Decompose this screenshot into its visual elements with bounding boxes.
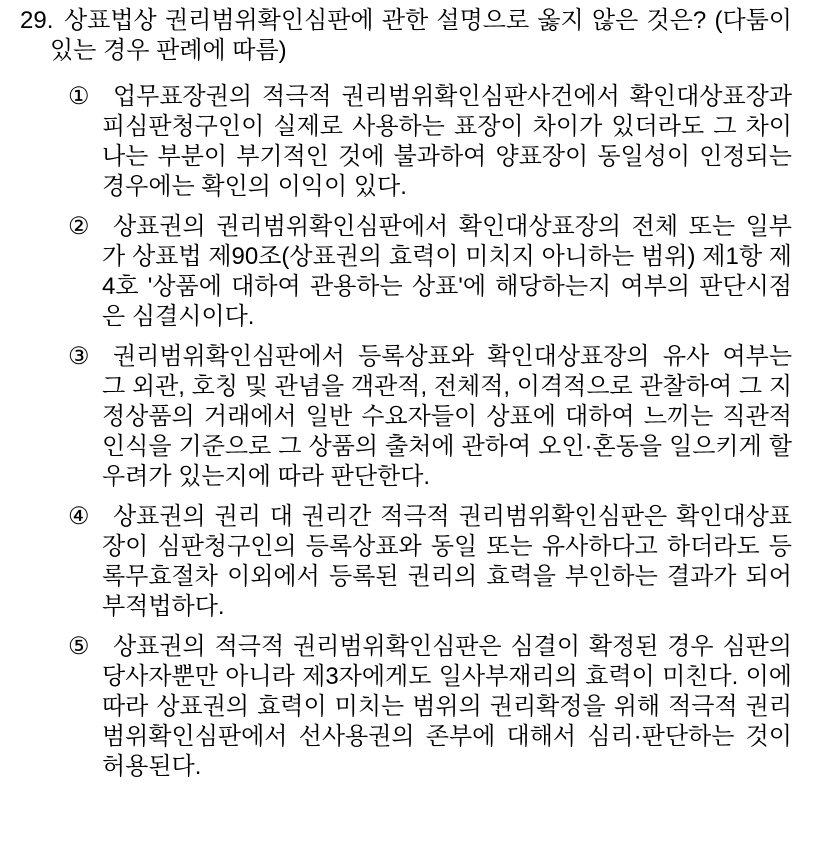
question-text: 상표법상 권리범위확인심판에 관한 설명으로 옳지 않은 것은? (다툼이 있는… bbox=[50, 6, 792, 66]
option-marker-1: ① bbox=[68, 82, 90, 112]
exam-page: 29. 상표법상 권리범위확인심판에 관한 설명으로 옳지 않은 것은? (다툼… bbox=[0, 0, 826, 842]
option-item-5: ⑤ 상표권의 적극적 권리범위확인심판은 심결이 확정된 경우 심판의 당사자뿐… bbox=[0, 632, 826, 782]
option-marker-2: ② bbox=[68, 212, 90, 242]
question-block: 29. 상표법상 권리범위확인심판에 관한 설명으로 옳지 않은 것은? (다툼… bbox=[0, 6, 826, 66]
option-marker-3: ③ bbox=[68, 342, 90, 372]
option-text-4: 상표권의 권리 대 권리간 적극적 권리범위확인심판은 확인대상표장이 심판청구… bbox=[102, 502, 792, 622]
option-item-3: ③ 권리범위확인심판에서 등록상표와 확인대상표장의 유사 여부는 그 외관, … bbox=[0, 342, 826, 492]
option-text-5: 상표권의 적극적 권리범위확인심판은 심결이 확정된 경우 심판의 당사자뿐만 … bbox=[102, 632, 792, 782]
option-text-1: 업무표장권의 적극적 권리범위확인심판사건에서 확인대상표장과 피심판청구인이 … bbox=[102, 82, 792, 202]
option-text-3: 권리범위확인심판에서 등록상표와 확인대상표장의 유사 여부는 그 외관, 호칭… bbox=[102, 342, 792, 492]
question-number: 29. bbox=[20, 6, 53, 36]
option-item-2: ② 상표권의 권리범위확인심판에서 확인대상표장의 전체 또는 일부가 상표법 … bbox=[0, 212, 826, 332]
option-item-4: ④ 상표권의 권리 대 권리간 적극적 권리범위확인심판은 확인대상표장이 심판… bbox=[0, 502, 826, 622]
option-text-2: 상표권의 권리범위확인심판에서 확인대상표장의 전체 또는 일부가 상표법 제9… bbox=[102, 212, 792, 332]
option-item-1: ① 업무표장권의 적극적 권리범위확인심판사건에서 확인대상표장과 피심판청구인… bbox=[0, 82, 826, 202]
option-marker-5: ⑤ bbox=[68, 632, 90, 662]
option-marker-4: ④ bbox=[68, 502, 90, 532]
